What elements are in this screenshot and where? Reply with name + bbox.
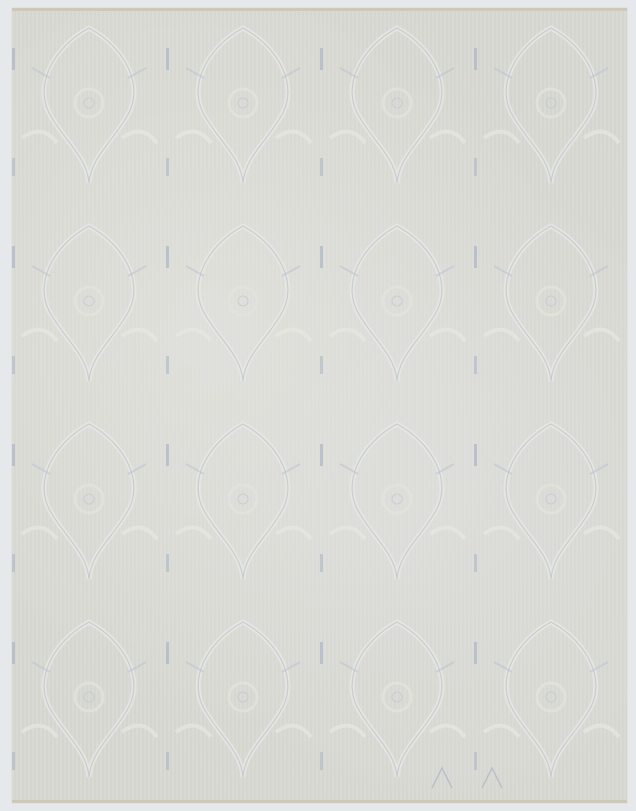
ogee-lattice-pattern (12, 8, 627, 803)
rug: Hand-knotted rug, overhead view (12, 8, 627, 803)
rug-bottom-edge (12, 800, 627, 803)
rug-top-edge (12, 8, 627, 11)
